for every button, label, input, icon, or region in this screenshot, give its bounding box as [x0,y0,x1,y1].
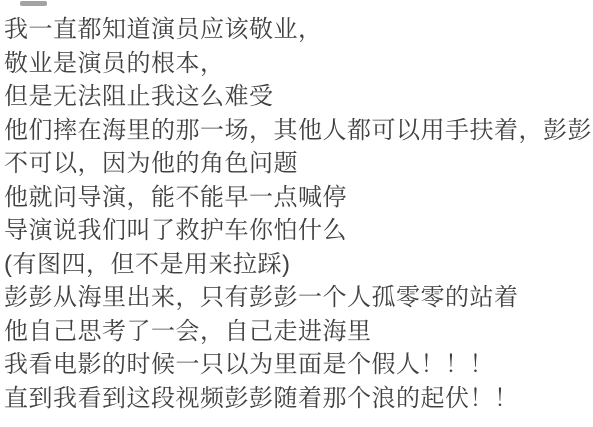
text-line: 彭彭从海里出来，只有彭彭一个人孤零零的站着 [4,281,593,315]
text-line: 不可以，因为他的角色问题 [4,147,593,181]
text-line: 敬业是演员的根本， [4,47,593,81]
text-line: 他们摔在海里的那一场，其他人都可以用手扶着，彭彭 [4,114,593,148]
post-body: 我一直都知道演员应该敬业， 敬业是演员的根本， 但是无法阻止我这么难受 他们摔在… [4,13,593,415]
text-line: 直到我看到这段视频彭彭随着那个浪的起伏！！ [4,382,593,416]
text-line: 我看电影的时候一只以为里面是个假人！！！ [4,348,593,382]
text-line: (有图四，但不是用来拉踩) [4,248,593,282]
text-line: 我一直都知道演员应该敬业， [4,13,593,47]
text-line: 但是无法阻止我这么难受 [4,80,593,114]
text-line: 他自己思考了一会，自己走进海里 [4,315,593,349]
cropped-content-artifact [20,1,47,6]
text-line: 他就问导演，能不能早一点喊停 [4,181,593,215]
text-line: 导演说我们叫了救护车你怕什么 [4,214,593,248]
